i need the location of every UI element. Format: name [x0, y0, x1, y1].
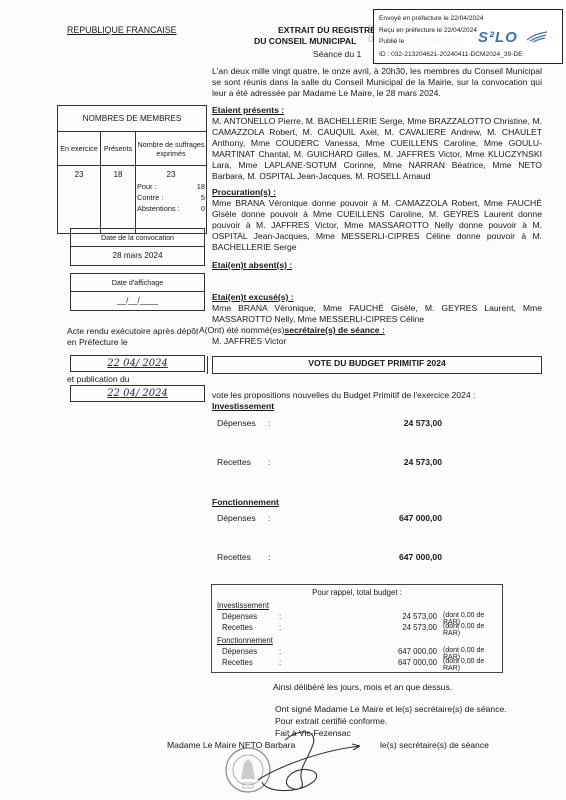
- convocation-box: Date de la convocation 28 mars 2024: [70, 228, 205, 266]
- presents-list: M. ANTONELLO Pierre, M. BACHELLERIE Serg…: [212, 116, 542, 181]
- fonct-depenses-colon: :: [268, 513, 270, 523]
- excuses-list: Mme BRANA Véronique, Mme FAUCHÉ Gisèle, …: [212, 303, 542, 325]
- recap-colon: :: [279, 658, 281, 667]
- inv-recettes-colon: :: [268, 457, 270, 467]
- inv-recettes-label: Recettes: [217, 457, 251, 467]
- affichage-label: Date d'affichage: [71, 274, 204, 292]
- secretaire-prefix: A(Ont) été nommé(es): [199, 325, 284, 335]
- stamp-id: ID : 032-213204621-20240411-DCM2024_39-D…: [379, 51, 523, 58]
- recap-value: 647 000,00: [347, 647, 437, 656]
- suffrages-cell: 23 Pour :18 Contre :5 Abstentions :0: [136, 166, 207, 234]
- header-presents: Présents: [101, 132, 136, 166]
- value-en-exercice: 23: [58, 166, 101, 234]
- s2lo-logo-icon: S²LO: [478, 29, 518, 46]
- signe-text: Ont signé Madame Le Maire et le(s) secré…: [275, 704, 507, 714]
- recap-label: Dépenses: [222, 647, 257, 656]
- republique-francaise-heading: REPUBLIQUE FRANCAISE: [67, 25, 177, 35]
- inv-depenses-label: Dépenses: [217, 418, 256, 428]
- recap-value: 647 000,00: [347, 658, 437, 667]
- secretaire-heading: secrétaire(s) de séance :: [284, 325, 384, 335]
- convocation-date: 28 mars 2024: [71, 247, 204, 265]
- recap-investissement-heading: Investissement: [217, 601, 497, 610]
- recap-label: Recettes: [222, 658, 253, 667]
- publication-date-box: 22 04/ 2024: [70, 385, 205, 402]
- value-presents: 18: [101, 166, 136, 234]
- secretaires-signature-label: le(s) secrétaire(s) de séance: [380, 740, 489, 750]
- recap-rar: (dont 0,00 de RAR): [443, 658, 497, 672]
- pour-label: Pour :: [137, 182, 157, 191]
- recap-budget-box: Pour rappel, total budget : Investisseme…: [211, 584, 503, 673]
- document-title-line2: DU CONSEIL MUNICIPAL: [254, 36, 356, 46]
- absents-heading: Etai(en)t absent(s) :: [212, 260, 292, 270]
- contre-label: Contre :: [137, 193, 163, 202]
- recap-title: Pour rappel, total budget :: [212, 588, 502, 597]
- secretaire-name: M. JAFFRES Victor: [212, 336, 286, 346]
- procurations-list: Mme BRANA Véronique donne pouvoir à M. C…: [212, 198, 542, 253]
- executoire-label-2: en Préfecture le: [67, 337, 128, 347]
- investissement-heading: Investissement: [212, 401, 274, 411]
- recap-colon: :: [279, 623, 281, 632]
- recap-value: 24 573,00: [347, 623, 437, 632]
- vote-divider-left: [207, 356, 208, 374]
- fonct-recettes-colon: :: [268, 552, 270, 562]
- convocation-label: Date de la convocation: [71, 229, 204, 247]
- recap-colon: :: [279, 612, 281, 621]
- publication-date-handwritten: 22 04/ 2024: [107, 388, 168, 399]
- abstentions-value: 0: [201, 204, 205, 213]
- recap-label: Dépenses: [222, 612, 257, 621]
- vote-title-box: VOTE DU BUDGET PRIMITIF 2024: [212, 356, 542, 374]
- fonct-depenses-label: Dépenses: [217, 513, 256, 523]
- secretaire-line: A(Ont) été nommé(es)secrétaire(s) de séa…: [199, 325, 385, 335]
- stamp-envoye: Envoyé en préfecture le 22/04/2024: [379, 15, 483, 22]
- inv-recettes-value: 24 573,00: [380, 457, 442, 467]
- stamp-recu: Reçu en préfecture le 22/04/2024: [379, 27, 477, 34]
- procurations-heading: Procuration(s) :: [212, 187, 276, 197]
- fonctionnement-heading: Fonctionnement: [212, 497, 279, 507]
- recap-value: 24 573,00: [347, 612, 437, 621]
- recap-colon: :: [279, 647, 281, 656]
- affichage-box: Date d'affichage __/__/____: [70, 273, 205, 311]
- affichage-date: __/__/____: [71, 292, 204, 310]
- depot-date-handwritten: 22 04/ 2024: [107, 358, 168, 369]
- members-table: NOMBRES DE MEMBRES En exercice Présents …: [57, 105, 207, 234]
- s2lo-wing-icon: [526, 31, 548, 43]
- recap-fonctionnement-heading: Fonctionnement: [217, 636, 497, 645]
- recap-rar: (dont 0,00 de RAR): [443, 623, 497, 637]
- seance-date: Séance du 1: [313, 49, 361, 59]
- delibere-text: Ainsi délibéré les jours, mois et an que…: [273, 682, 452, 692]
- members-table-title: NOMBRES DE MEMBRES: [58, 106, 207, 132]
- presents-heading: Etaient présents :: [212, 105, 284, 115]
- vote-intro: vote les propositions nouvelles du Budge…: [212, 390, 475, 400]
- fonct-depenses-value: 647 000,00: [370, 513, 442, 523]
- inv-depenses-value: 24 573,00: [380, 418, 442, 428]
- header-en-exercice: En exercice: [58, 132, 101, 166]
- excuses-heading: Etai(en)t excusé(s) :: [212, 292, 294, 302]
- value-suffrages: 23: [137, 170, 205, 179]
- fonct-recettes-label: Recettes: [217, 552, 251, 562]
- executoire-label-1: Acte rendu exécutoire après dépôt: [67, 326, 198, 336]
- stamp-publie: Publié le: [379, 38, 404, 45]
- abstentions-label: Abstentions :: [137, 204, 180, 213]
- intro-paragraph: L'an deux mille vingt quatre, le onze av…: [212, 66, 542, 99]
- depot-date-box: 22 04/ 2024: [70, 355, 205, 372]
- fonct-recettes-value: 647 000,00: [370, 552, 442, 562]
- inv-depenses-colon: :: [268, 418, 270, 428]
- document-title-line1: EXTRAIT DU REGISTRE: [278, 25, 376, 35]
- pour-value: 18: [197, 182, 205, 191]
- recap-label: Recettes: [222, 623, 253, 632]
- header-suffrages: Nombre de suffrages exprimés: [136, 132, 207, 166]
- contre-value: 5: [201, 193, 205, 202]
- publication-label: et publication du: [67, 374, 130, 384]
- mayor-signature-icon: [240, 722, 390, 797]
